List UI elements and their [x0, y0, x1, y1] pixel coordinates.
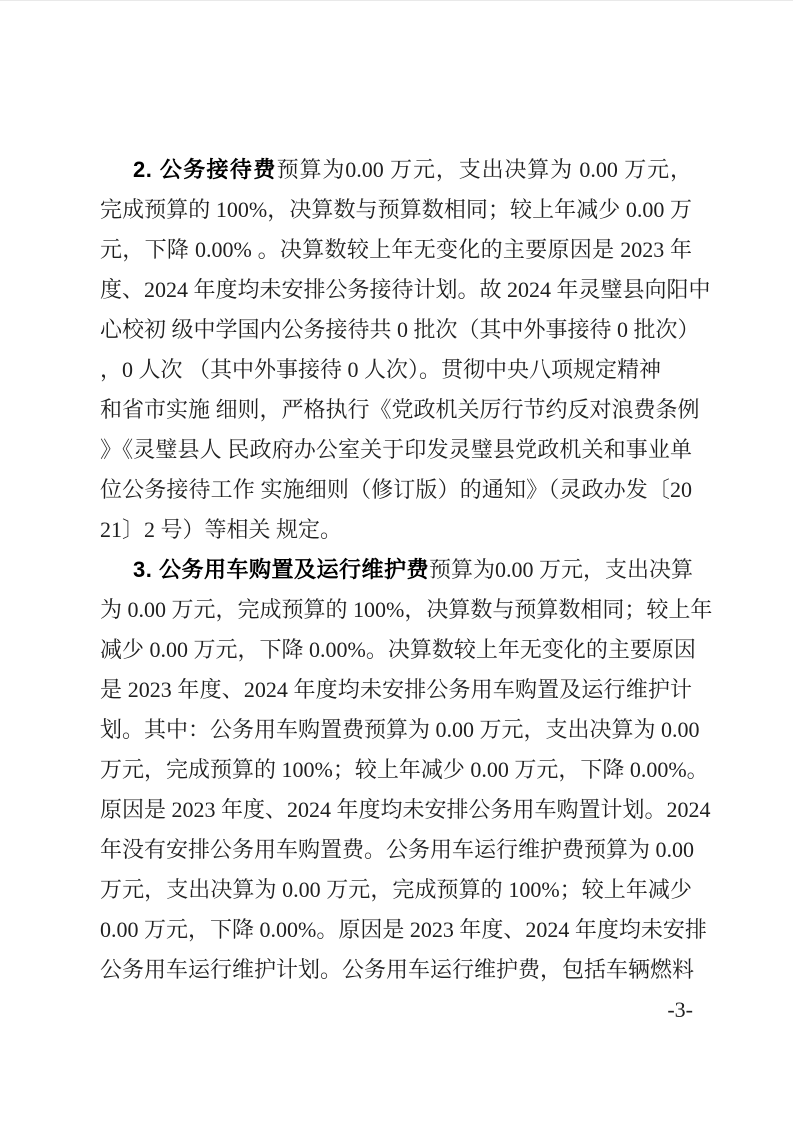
paragraph-3-first-line: 3. 公务用车购置及运行维护费预算为0.00 万元，支出决算 [100, 550, 692, 590]
paragraph-2-line: 》《灵璧县人 民政府办公室关于印发灵璧县党政机关和事业单 [100, 430, 692, 470]
paragraph-2-last-line: 21〕2 号）等相关 规定。 [100, 510, 692, 550]
paragraph-3-line: 是 2023 年度、2024 年度均未安排公务用车购置及运行维护计 [100, 670, 692, 710]
paragraph-2-line: 度、2024 年度均未安排公务接待计划。故 2024 年灵璧县向阳中 [100, 270, 692, 310]
paragraph-2-line: 和省市实施 细则，严格执行《党政机关厉行节约反对浪费条例 [100, 390, 692, 430]
paragraph-3-line: 划。其中：公务用车购置费预算为 0.00 万元，支出决算为 0.00 [100, 710, 692, 750]
paragraph-2-line: 完成预算的 100%，决算数与预算数相同；较上年减少 0.00 万 [100, 190, 692, 230]
paragraph-3-line: 万元，完成预算的 100%；较上年减少 0.00 万元，下降 0.00%。 [100, 750, 692, 790]
paragraph-3-line: 减少 0.00 万元，下降 0.00%。决算数较上年无变化的主要原因 [100, 630, 692, 670]
paragraph-2-first-line-text: 预算为0.00 万元，支出决算为 0.00 万元， [277, 157, 692, 182]
paragraph-2-line: 元，下降 0.00% 。决算数较上年无变化的主要原因是 2023 年 [100, 230, 692, 270]
paragraph-2-heading: 2. 公务接待费 [133, 157, 277, 182]
paragraph-3-heading: 3. 公务用车购置及运行维护费 [133, 557, 429, 582]
document-page: 2. 公务接待费预算为0.00 万元，支出决算为 0.00 万元， 完成预算的 … [0, 0, 793, 1123]
paragraph-3-line: 0.00 万元，下降 0.00%。原因是 2023 年度、2024 年度均未安排 [100, 910, 692, 950]
paragraph-2-line: 心校初 级中学国内公务接待共 0 批次（其中外事接待 0 批次） [100, 310, 692, 350]
paragraph-3-line: 原因是 2023 年度、2024 年度均未安排公务用车购置计划。2024 [100, 790, 692, 830]
document-body: 2. 公务接待费预算为0.00 万元，支出决算为 0.00 万元， 完成预算的 … [100, 150, 692, 990]
paragraph-2-first-line: 2. 公务接待费预算为0.00 万元，支出决算为 0.00 万元， [100, 150, 692, 190]
paragraph-3-first-line-text: 预算为0.00 万元，支出决算 [429, 557, 693, 582]
paragraph-3-line: 为 0.00 万元，完成预算的 100%，决算数与预算数相同；较上年 [100, 590, 692, 630]
page-number: -3- [667, 996, 693, 1024]
paragraph-3-line: 公务用车运行维护计划。公务用车运行维护费，包括车辆燃料 [100, 950, 692, 990]
paragraph-3-line: 年没有安排公务用车购置费。公务用车运行维护费预算为 0.00 [100, 830, 692, 870]
paragraph-3-line: 万元，支出决算为 0.00 万元，完成预算的 100%；较上年减少 [100, 870, 692, 910]
paragraph-2-line: ，0 人次 （其中外事接待 0 人次）。贯彻中央八项规定精神 [100, 350, 692, 390]
paragraph-2-line: 位公务接待工作 实施细则（修订版）的通知》（灵政办发〔20 [100, 470, 692, 510]
